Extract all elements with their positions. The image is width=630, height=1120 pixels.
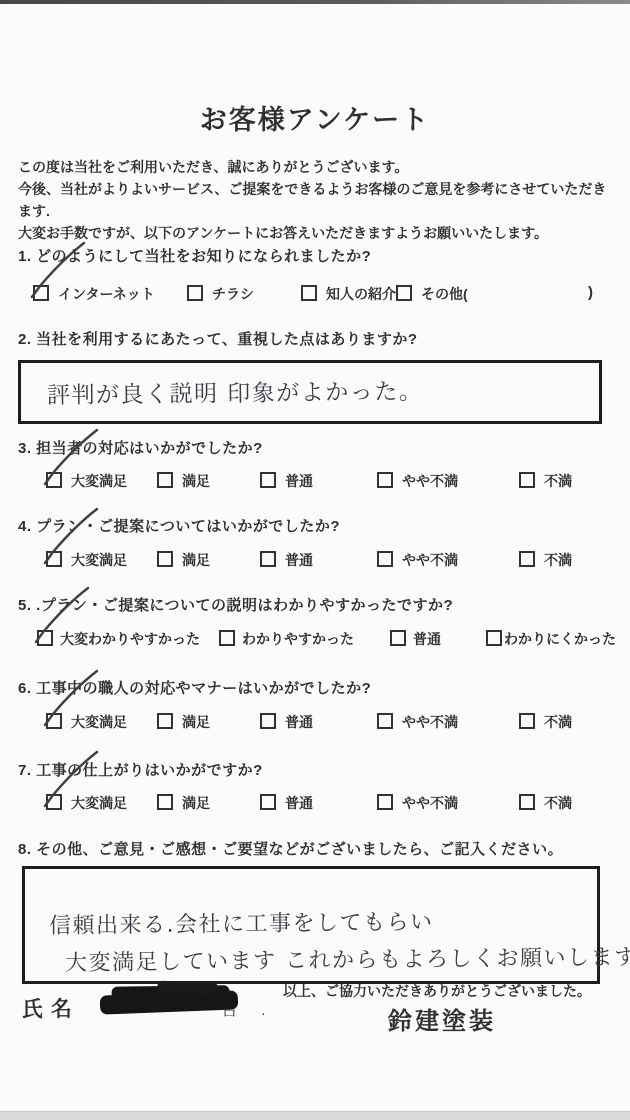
q5-option-neutral[interactable]: 普通 (390, 629, 441, 649)
question-3-label: 3. 担当者の対応はいかがでしたか? (18, 437, 263, 458)
q4-option-very-satisfied[interactable]: 大変満足 (46, 550, 127, 570)
q4-option-dissatisfied[interactable]: 不満 (519, 550, 572, 570)
question-5-options: 大変わかりやすかった わかりやすかった 普通 わかりにくかった (0, 629, 630, 651)
checkbox-icon[interactable] (301, 285, 317, 301)
q5-option-easy[interactable]: わかりやすかった (219, 629, 354, 649)
question-4-options: 大変満足 満足 普通 やや不満 不満 (0, 550, 630, 572)
checkbox-icon[interactable] (519, 794, 535, 810)
q8-answer-box[interactable]: 信頼出来る.会社に工事をしてもらい 大変満足しています これからもよろしくお願い… (22, 866, 600, 984)
q5-option-hard[interactable]: わかりにくかった (486, 629, 616, 649)
q7-option-neutral[interactable]: 普通 (260, 793, 313, 813)
name-field-label: 氏名 (22, 993, 80, 1023)
intro-line: 大変お手数ですが、以下のアンケートにお答えいただきますようお願いいたします。 (18, 222, 618, 244)
question-3-options: 大変満足 満足 普通 やや不満 不満 (0, 471, 630, 493)
q1-option-other[interactable]: その他( (396, 284, 468, 304)
question-2-label: 2. 当社を利用するにあたって、重視した点はありますか? (18, 328, 418, 349)
checkbox-icon[interactable] (157, 551, 173, 567)
checkbox-icon[interactable] (157, 794, 173, 810)
checkbox-icon[interactable] (260, 794, 276, 810)
checkbox-icon[interactable] (519, 713, 535, 729)
q4-option-neutral[interactable]: 普通 (260, 550, 313, 570)
checkbox-icon[interactable] (260, 551, 276, 567)
q7-option-very-satisfied[interactable]: 大変満足 (46, 793, 127, 813)
q2-answer-box[interactable]: 評判が良く説明 印象がよかった。 (18, 360, 602, 424)
checkbox-icon[interactable] (377, 713, 393, 729)
checkbox-icon[interactable] (33, 285, 49, 301)
q3-option-satisfied[interactable]: 満足 (157, 471, 210, 491)
checkbox-icon[interactable] (260, 713, 276, 729)
q8-handwritten-line: 信頼出来る.会社に工事をしてもらい (49, 905, 434, 940)
checkbox-icon[interactable] (37, 630, 53, 646)
q7-option-somewhat-dissatisfied[interactable]: やや不満 (377, 793, 458, 813)
scan-edge-top (0, 0, 630, 4)
question-5-label: 5. .プラン・ご提案についての説明はわかりやすかったですか? (18, 594, 453, 615)
checkbox-icon[interactable] (377, 551, 393, 567)
checkbox-icon[interactable] (390, 630, 406, 646)
question-8-label: 8. その他、ご意見・ご感想・ご要望などがございましたら、ご記入ください。 (18, 838, 563, 859)
q1-option-referral[interactable]: 知人の紹介 (301, 284, 396, 304)
q2-handwritten-answer: 評判が良く説明 印象がよかった。 (47, 373, 424, 410)
checkbox-icon[interactable] (46, 794, 62, 810)
checkbox-icon[interactable] (519, 472, 535, 488)
checkbox-icon[interactable] (157, 472, 173, 488)
q1-option-flyer[interactable]: チラシ (187, 284, 254, 304)
q6-option-satisfied[interactable]: 満足 (157, 712, 210, 732)
intro-line: 今後、当社がよりよいサービス、ご提案をできるようお客様のご意見を参考にさせていた… (18, 178, 618, 222)
question-7-label: 7. 工事の仕上がりはいかがですか? (18, 759, 263, 780)
q6-option-neutral[interactable]: 普通 (260, 712, 313, 732)
q3-option-neutral[interactable]: 普通 (260, 471, 313, 491)
redacted-name-scribble (100, 990, 239, 1014)
intro-line: この度は当社をご利用いただき、誠にありがとうございます。 (18, 156, 618, 178)
checkbox-icon[interactable] (46, 472, 62, 488)
question-1-label: 1. どのようにして当社をお知りになられましたか? (18, 245, 371, 266)
checkbox-icon[interactable] (396, 285, 412, 301)
checkbox-icon[interactable] (219, 630, 235, 646)
q8-handwritten-line: 大変満足しています これからもよろしくお願いします。 (65, 940, 630, 977)
q6-option-somewhat-dissatisfied[interactable]: やや不満 (377, 712, 458, 732)
q4-option-satisfied[interactable]: 満足 (157, 550, 210, 570)
checkbox-icon[interactable] (187, 285, 203, 301)
checkbox-icon[interactable] (157, 713, 173, 729)
checkbox-icon[interactable] (46, 713, 62, 729)
question-4-label: 4. プラン・ご提案についてはいかがでしたか? (18, 515, 340, 536)
q1-other-paren-close: ) (588, 284, 593, 304)
question-1-options: インターネット チラシ 知人の紹介 その他( ) (0, 284, 630, 306)
q7-option-dissatisfied[interactable]: 不満 (519, 793, 572, 813)
q6-option-dissatisfied[interactable]: 不満 (519, 712, 572, 732)
company-name: 鈴建塗装 (388, 1001, 496, 1036)
scan-edge-bottom (0, 1111, 630, 1120)
checkbox-icon[interactable] (377, 472, 393, 488)
closing-thanks-text: 以上、ご協力いただきありがとうございました。 (283, 981, 591, 1001)
q3-option-very-satisfied[interactable]: 大変満足 (46, 471, 127, 491)
checkbox-icon[interactable] (377, 794, 393, 810)
intro-paragraph: この度は当社をご利用いただき、誠にありがとうございます。 今後、当社がよりよいサ… (18, 156, 618, 244)
checkbox-icon[interactable] (260, 472, 276, 488)
q3-option-somewhat-dissatisfied[interactable]: やや不満 (377, 471, 458, 491)
question-7-options: 大変満足 満足 普通 やや不満 不満 (0, 793, 630, 815)
scanned-survey-sheet: お客様アンケート この度は当社をご利用いただき、誠にありがとうございます。 今後… (0, 0, 630, 1120)
q4-option-somewhat-dissatisfied[interactable]: やや不満 (377, 550, 458, 570)
question-6-options: 大変満足 満足 普通 やや不満 不満 (0, 712, 630, 734)
checkbox-icon[interactable] (519, 551, 535, 567)
checkbox-icon[interactable] (46, 551, 62, 567)
q5-option-very-easy[interactable]: 大変わかりやすかった (37, 629, 200, 649)
q7-option-satisfied[interactable]: 満足 (157, 793, 210, 813)
q1-option-internet[interactable]: インターネット (33, 284, 155, 304)
page-title: お客様アンケート (0, 98, 630, 137)
q6-option-very-satisfied[interactable]: 大変満足 (46, 712, 127, 732)
checkbox-icon[interactable] (486, 630, 502, 646)
q3-option-dissatisfied[interactable]: 不満 (519, 471, 572, 491)
question-6-label: 6. 工事中の職人の対応やマナーはいかがでしたか? (18, 677, 371, 698)
